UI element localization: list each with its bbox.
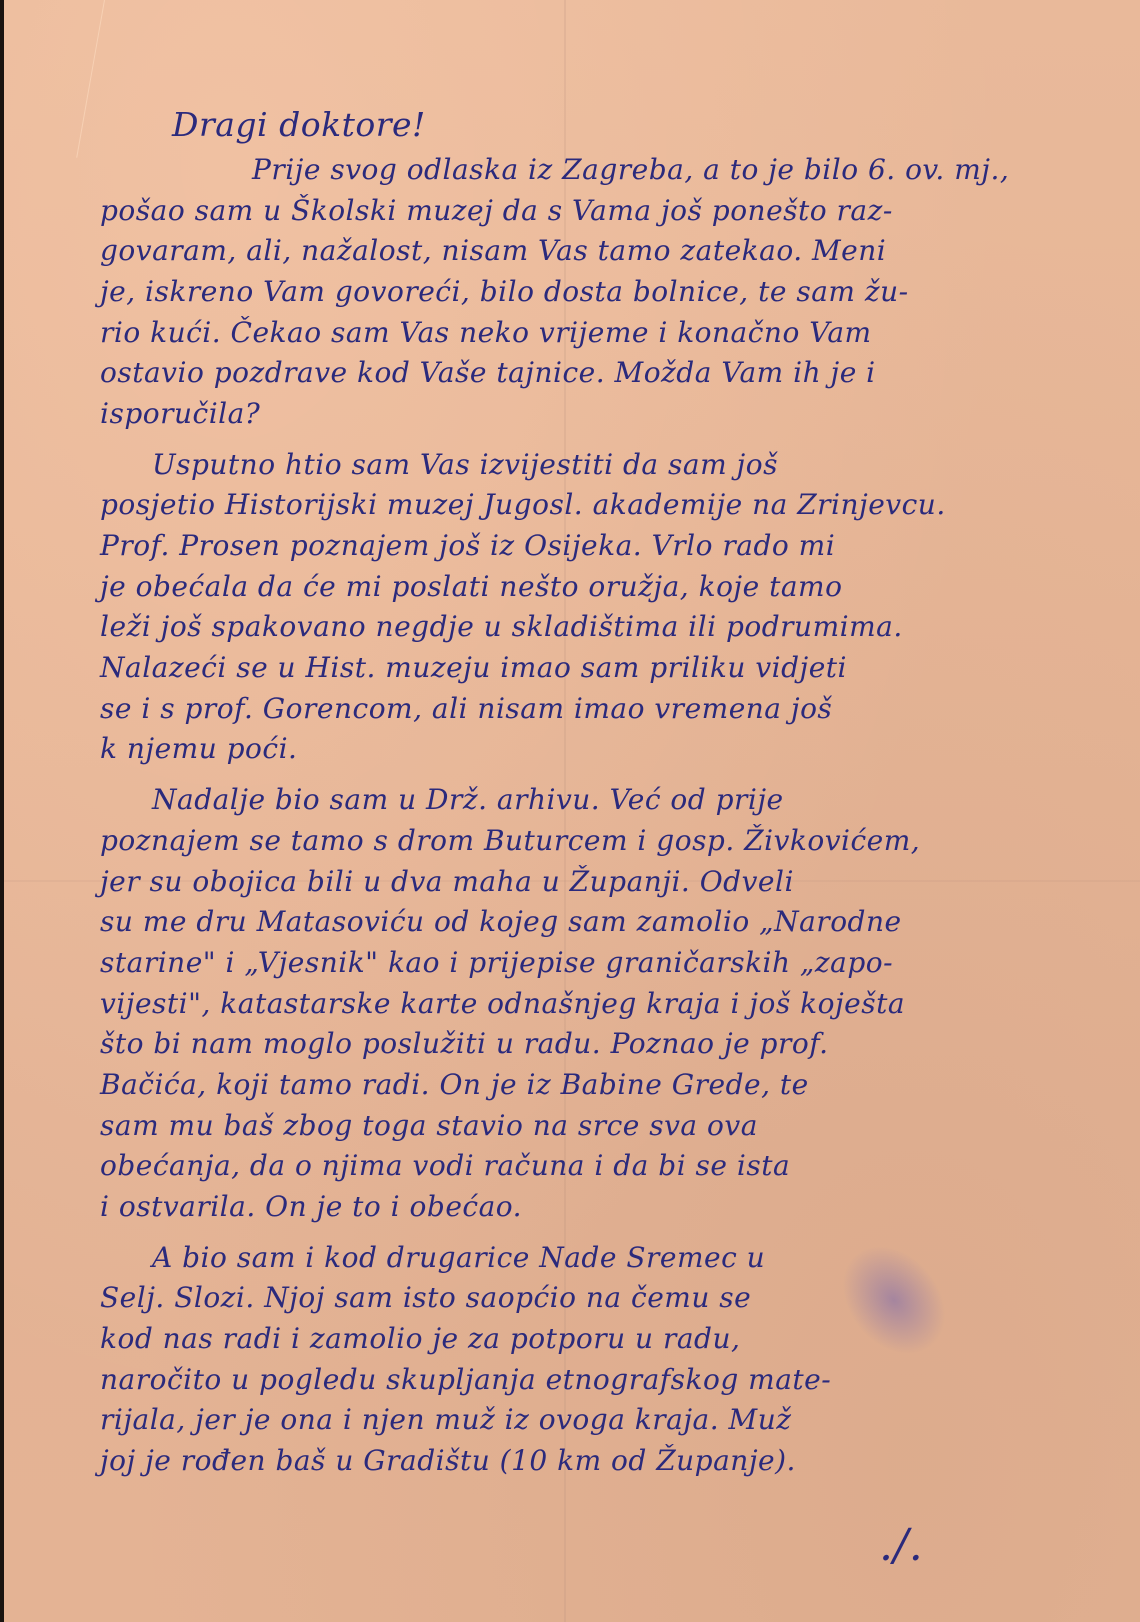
letter-line-31: rijala, jer je ona i njen muž iz ovoga k… xyxy=(100,1403,791,1436)
letter-line-25: obećanja, da o njima vodi računa i da bi… xyxy=(100,1149,790,1182)
letter-line-6: ostavio pozdrave kod Vaše tajnice. Možda… xyxy=(100,356,876,389)
letter-line-10: Prof. Prosen poznajem još iz Osijeka. Vr… xyxy=(100,529,835,562)
letter-line-28: Selj. Slozi. Njoj sam isto saopćio na če… xyxy=(100,1281,751,1314)
letter-line-27: A bio sam i kod drugarice Nade Sremec u xyxy=(152,1241,765,1274)
letter-line-18: jer su obojica bili u dva maha u Županji… xyxy=(100,865,794,898)
letter-line-24: sam mu baš zbog toga stavio na srce sva … xyxy=(100,1109,758,1142)
letter-line-23: Bačića, koji tamo radi. On je iz Babine … xyxy=(100,1068,809,1101)
letter-line-26: i ostvarila. On je to i obećao. xyxy=(100,1190,522,1223)
letter-line-16: Nadalje bio sam u Drž. arhivu. Već od pr… xyxy=(152,783,784,816)
salutation: Dragi doktore! xyxy=(172,105,426,144)
letter-body: Dragi doktore! Prije svog odlaska iz Zag… xyxy=(4,0,1140,1622)
letter-line-29: kod nas radi i zamolio je za potporu u r… xyxy=(100,1322,740,1355)
letter-line-32: joj je rođen baš u Gradištu (10 km od Žu… xyxy=(100,1444,796,1477)
letter-line-17: poznajem se tamo s drom Buturcem i gosp.… xyxy=(100,824,920,857)
letter-line-21: vijesti", katastarske karte odnašnjeg kr… xyxy=(100,987,905,1020)
letter-page: Dragi doktore! Prije svog odlaska iz Zag… xyxy=(4,0,1140,1622)
letter-line-3: govaram, ali, nažalost, nisam Vas tamo z… xyxy=(100,234,886,267)
letter-line-1: Prije svog odlaska iz Zagreba, a to je b… xyxy=(252,153,1009,186)
letter-line-20: starine" i „Vjesnik" kao i prijepise gra… xyxy=(100,946,893,979)
closing-mark: ./. xyxy=(879,1520,923,1571)
letter-line-22: što bi nam moglo poslužiti u radu. Pozna… xyxy=(100,1027,829,1060)
letter-line-7: isporučila? xyxy=(100,397,260,430)
letter-line-14: se i s prof. Gorencom, ali nisam imao vr… xyxy=(100,692,832,725)
letter-line-15: k njemu poći. xyxy=(100,732,297,765)
letter-line-2: pošao sam u Školski muzej da s Vama još … xyxy=(100,194,893,227)
letter-line-11: je obećala da će mi poslati nešto oružja… xyxy=(100,570,842,603)
letter-line-8: Usputno htio sam Vas izvijestiti da sam … xyxy=(152,448,778,481)
letter-line-12: leži još spakovano negdje u skladištima … xyxy=(100,610,903,643)
letter-line-9: posjetio Historijski muzej Jugosl. akade… xyxy=(100,488,946,521)
letter-line-4: je, iskreno Vam govoreći, bilo dosta bol… xyxy=(100,275,909,308)
letter-line-5: rio kući. Čekao sam Vas neko vrijeme i k… xyxy=(100,316,872,349)
letter-line-30: naročito u pogledu skupljanja etnografsk… xyxy=(100,1363,831,1396)
letter-line-13: Nalazeći se u Hist. muzeju imao sam pril… xyxy=(100,651,847,684)
letter-line-19: su me dru Matasoviću od kojeg sam zamoli… xyxy=(100,905,902,938)
